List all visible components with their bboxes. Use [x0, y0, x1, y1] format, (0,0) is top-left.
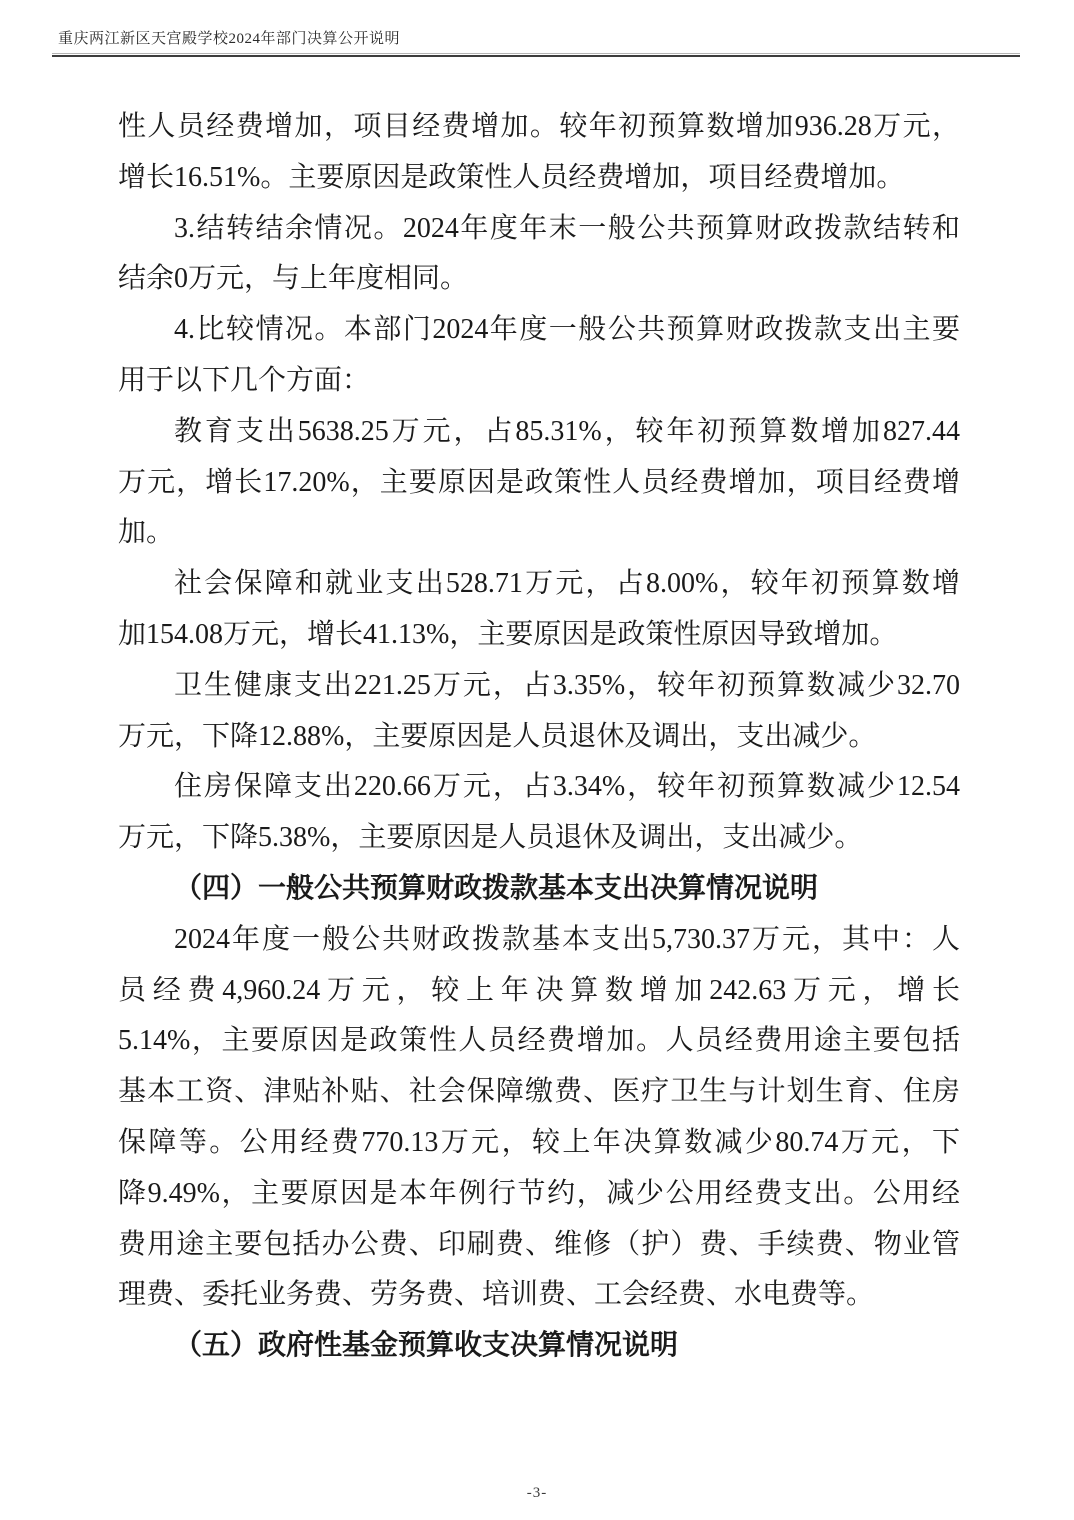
- body-line: 4.比较情况。本部门2024年度一般公共预算财政拨款支出主要: [118, 305, 960, 356]
- body-line: 费用途主要包括办公费、印刷费、维修（护）费、手续费、物业管: [118, 1220, 960, 1271]
- body-line: 万元，下降5.38%，主要原因是人员退休及调出，支出减少。: [118, 813, 960, 864]
- page-header: 重庆两江新区天宫殿学校2024年部门决算公开说明: [52, 27, 1020, 57]
- body-line: 性人员经费增加，项目经费增加。较年初预算数增加936.28万元，: [118, 102, 960, 153]
- body-line: 理费、委托业务费、劳务费、培训费、工会经费、水电费等。: [118, 1270, 960, 1321]
- page-footer: -3-: [0, 1485, 1074, 1502]
- document-body: 性人员经费增加，项目经费增加。较年初预算数增加936.28万元， 增长16.51…: [118, 102, 960, 1372]
- page-number: -3-: [527, 1485, 548, 1501]
- header-title: 重庆两江新区天宫殿学校2024年部门决算公开说明: [52, 27, 1020, 48]
- section-heading: （四）一般公共预算财政拨款基本支出决算情况说明: [118, 864, 960, 915]
- body-line: 教育支出5638.25万元，占85.31%，较年初预算数增加827.44: [118, 407, 960, 458]
- body-line: 结余0万元，与上年度相同。: [118, 254, 960, 305]
- body-line: 社会保障和就业支出528.71万元，占8.00%，较年初预算数增: [118, 559, 960, 610]
- header-rule-light: [52, 53, 1020, 54]
- header-rule-dark: [52, 55, 1020, 57]
- body-line: 保障等。公用经费770.13万元，较上年决算数减少80.74万元，下: [118, 1118, 960, 1169]
- body-line: 加154.08万元，增长41.13%，主要原因是政策性原因导致增加。: [118, 610, 960, 661]
- body-line: 用于以下几个方面：: [118, 356, 960, 407]
- body-line: 加。: [118, 508, 960, 559]
- body-line: 降9.49%，主要原因是本年例行节约，减少公用经费支出。公用经: [118, 1169, 960, 1220]
- section-heading: （五）政府性基金预算收支决算情况说明: [118, 1321, 960, 1372]
- body-line: 员经费4,960.24万元，较上年决算数增加242.63万元，增长: [118, 966, 960, 1017]
- document-page: 重庆两江新区天宫殿学校2024年部门决算公开说明 性人员经费增加，项目经费增加。…: [0, 0, 1074, 1520]
- body-line: 卫生健康支出221.25万元，占3.35%，较年初预算数减少32.70: [118, 661, 960, 712]
- body-line: 3.结转结余情况。2024年度年末一般公共预算财政拨款结转和: [118, 204, 960, 255]
- body-line: 住房保障支出220.66万元，占3.34%，较年初预算数减少12.54: [118, 762, 960, 813]
- body-line: 5.14%，主要原因是政策性人员经费增加。人员经费用途主要包括: [118, 1016, 960, 1067]
- body-line: 基本工资、津贴补贴、社会保障缴费、医疗卫生与计划生育、住房: [118, 1067, 960, 1118]
- body-line: 万元，增长17.20%，主要原因是政策性人员经费增加，项目经费增: [118, 458, 960, 509]
- body-line: 2024年度一般公共财政拨款基本支出5,730.37万元，其中：人: [118, 915, 960, 966]
- body-line: 增长16.51%。主要原因是政策性人员经费增加，项目经费增加。: [118, 153, 960, 204]
- body-line: 万元，下降12.88%，主要原因是人员退休及调出，支出减少。: [118, 712, 960, 763]
